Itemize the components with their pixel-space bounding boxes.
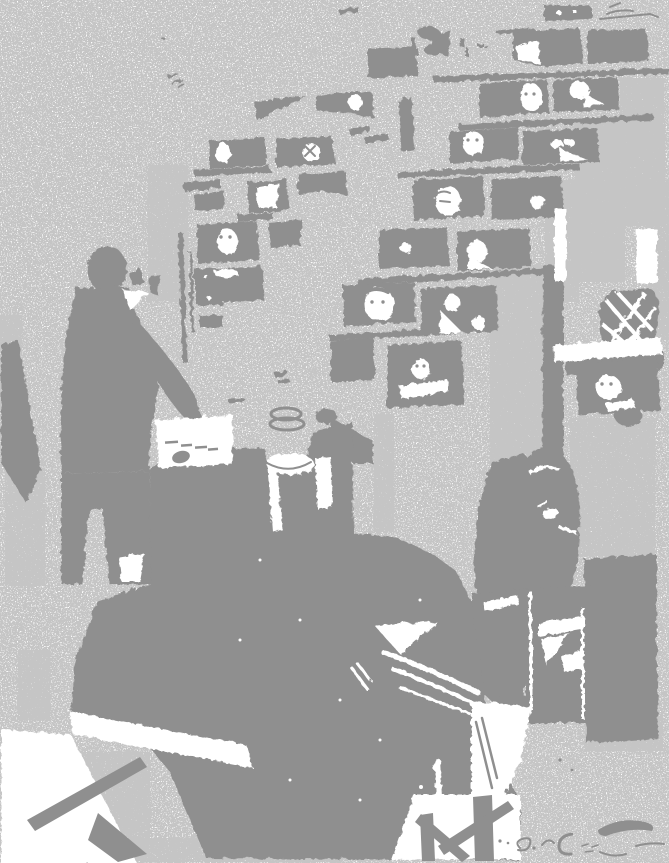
face-blob [434, 185, 460, 215]
face-blob [411, 358, 429, 378]
face-blob [519, 82, 541, 110]
face-blob [461, 130, 483, 154]
paper-sheet [154, 414, 232, 467]
halftone-photograph [0, 0, 669, 863]
face-blob [216, 227, 236, 253]
face-blob [443, 293, 459, 311]
face-blob [594, 374, 620, 398]
photograph-frame [0, 0, 669, 863]
standing-figure-head [86, 245, 126, 291]
